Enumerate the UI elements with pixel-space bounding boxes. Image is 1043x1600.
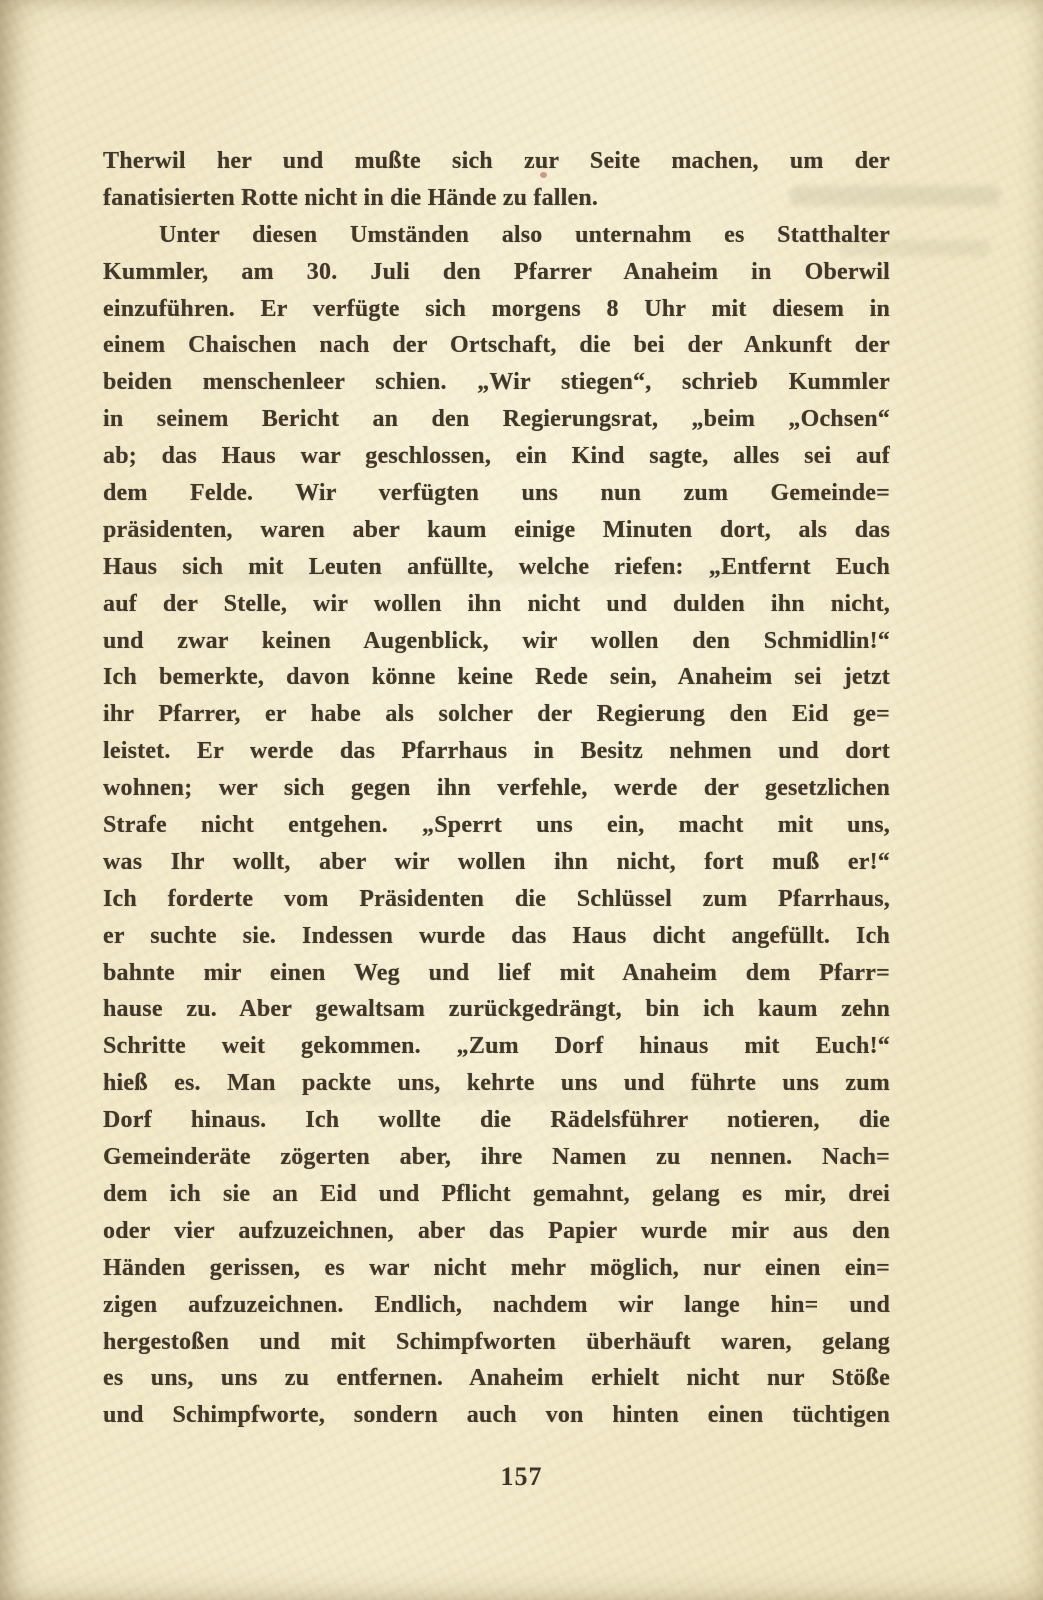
- text-line: Händen gerissen, es war nicht mehr mögli…: [103, 1250, 890, 1287]
- text-line: einzuführen. Er verfügte sich morgens 8 …: [103, 291, 890, 328]
- page-number: 157: [0, 1462, 1043, 1492]
- text-line: Schritte weit gekommen. „Zum Dorf hinaus…: [103, 1028, 890, 1065]
- text-line: Strafe nicht entgehen. „Sperrt uns ein, …: [103, 807, 890, 844]
- text-line: dem Felde. Wir verfügten uns nun zum Gem…: [103, 475, 890, 512]
- text-line: Ich bemerkte, davon könne keine Rede sei…: [103, 659, 890, 696]
- text-line: Ich forderte vom Präsidenten die Schlüss…: [103, 881, 890, 918]
- text-line: was Ihr wollt, aber wir wollen ihn nicht…: [103, 844, 890, 881]
- text-line: hergestoßen und mit Schimpfworten überhä…: [103, 1324, 890, 1361]
- text-line: und Schimpfworte, sondern auch von hinte…: [103, 1397, 890, 1434]
- text-line: dem ich sie an Eid und Pflicht gemahnt, …: [103, 1176, 890, 1213]
- text-line: beiden menschenleer schien. „Wir stiegen…: [103, 364, 890, 401]
- text-line: und zwar keinen Augenblick, wir wollen d…: [103, 623, 890, 660]
- text-block: Therwil her und mußte sich zur Seite mac…: [103, 143, 890, 1434]
- book-page: Therwil her und mußte sich zur Seite mac…: [0, 0, 1043, 1600]
- text-line: Haus sich mit Leuten anfüllte, welche ri…: [103, 549, 890, 586]
- text-line: er suchte sie. Indessen wurde das Haus d…: [103, 918, 890, 955]
- text-line: ab; das Haus war geschlossen, ein Kind s…: [103, 438, 890, 475]
- text-line: einem Chaischen nach der Ortschaft, die …: [103, 327, 890, 364]
- text-line: Therwil her und mußte sich zur Seite mac…: [103, 143, 890, 180]
- text-line: wohnen; wer sich gegen ihn verfehle, wer…: [103, 770, 890, 807]
- text-line: hause zu. Aber gewaltsam zurückgedrängt,…: [103, 991, 890, 1028]
- text-line: Gemeinderäte zögerten aber, ihre Namen z…: [103, 1139, 890, 1176]
- text-line: leistet. Er werde das Pfarrhaus in Besit…: [103, 733, 890, 770]
- text-line: Unter diesen Umständen also unternahm es…: [103, 217, 890, 254]
- text-line: ihr Pfarrer, er habe als solcher der Reg…: [103, 696, 890, 733]
- text-line: zigen aufzuzeichnen. Endlich, nachdem wi…: [103, 1287, 890, 1324]
- text-line: hieß es. Man packte uns, kehrte uns und …: [103, 1065, 890, 1102]
- text-line: bahnte mir einen Weg und lief mit Anahei…: [103, 955, 890, 992]
- text-line: in seinem Bericht an den Regierungsrat, …: [103, 401, 890, 438]
- text-line: fanatisierten Rotte nicht in die Hände z…: [103, 180, 890, 217]
- text-line: es uns, uns zu entfernen. Anaheim erhiel…: [103, 1360, 890, 1397]
- text-line: Dorf hinaus. Ich wollte die Rädelsführer…: [103, 1102, 890, 1139]
- text-line: auf der Stelle, wir wollen ihn nicht und…: [103, 586, 890, 623]
- text-line: präsidenten, waren aber kaum einige Minu…: [103, 512, 890, 549]
- text-line: Kummler, am 30. Juli den Pfarrer Anaheim…: [103, 254, 890, 291]
- text-line: oder vier aufzuzeichnen, aber das Papier…: [103, 1213, 890, 1250]
